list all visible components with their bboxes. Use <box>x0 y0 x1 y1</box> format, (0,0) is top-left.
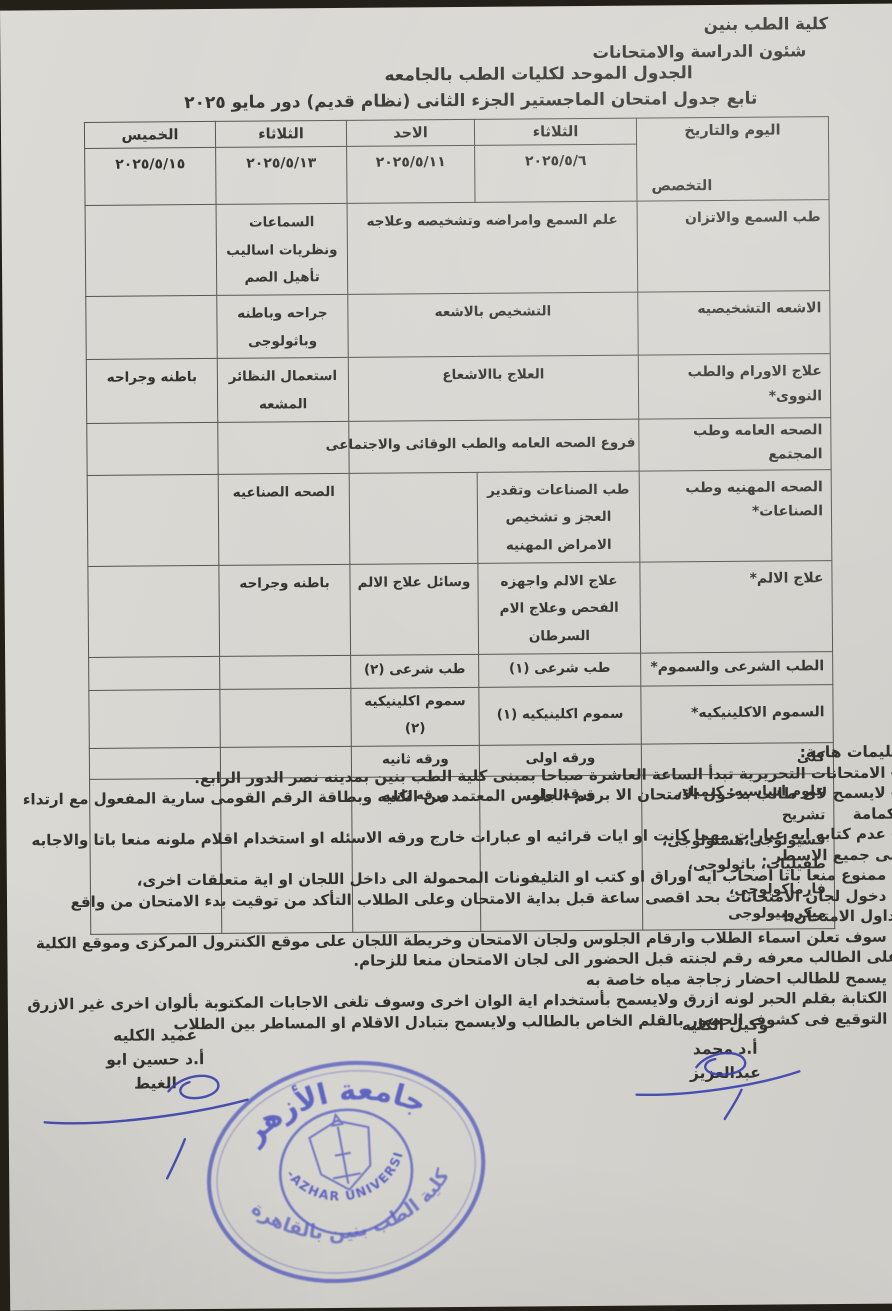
day-header-cell: الخميس <box>70 121 201 148</box>
day-header-row: اليوم والتاريخ التخصص الثلاثاء الاحد الث… <box>70 117 814 149</box>
exam-cell: طب شرعى (٢) <box>337 654 465 688</box>
vice-dean-signature-block: وكيل الكليه أ.د محمد عبدالعزيز <box>656 1013 767 1086</box>
exam-cell: باطنه وجراحه <box>205 564 337 656</box>
corner-label-specialty: التخصص <box>637 178 698 194</box>
exam-cell: علم السمع وامراضه وتشخيصه وعلاجه <box>333 201 624 294</box>
exam-cell: باطنه وجراحه <box>72 359 203 423</box>
table-row: طب السمع والاتزانعلم السمع وامراضه وتشخي… <box>71 200 816 297</box>
exam-cell <box>72 295 203 359</box>
specialty-cell: طب السمع والاتزان <box>623 200 816 293</box>
exam-cell: وسائل علاج الالم <box>336 563 465 655</box>
document-subtitle: تابع جدول امتحان الماجستير الجزء الثانى … <box>0 87 892 114</box>
exam-cell: العلاج باالاشعاع <box>334 355 624 421</box>
svg-text:كلية الطب بنين بالقاهرة: كلية الطب بنين بالقاهرة <box>230 1162 449 1261</box>
dean-signature-slash <box>153 1139 171 1178</box>
exam-cell <box>335 472 464 564</box>
exam-cell: طب الصناعات وتقدير العجز و تشخيص الامراض… <box>463 471 626 563</box>
date-cell: ٢٠٢٥/٥/١٣ <box>202 146 333 204</box>
exam-cell <box>206 688 337 747</box>
exam-cell <box>75 656 206 690</box>
university-stamp: جامعة الأزهر كلية الطب بنين بالقاهرة AL-… <box>184 1055 481 1280</box>
vice-dean-name: أ.د محمد عبدالعزيز <box>656 1037 766 1086</box>
exam-cell <box>73 474 205 566</box>
vice-dean-title: وكيل الكليه <box>656 1013 766 1038</box>
corner-label-day-date: اليوم والتاريخ <box>623 122 814 139</box>
exam-cell <box>71 204 203 296</box>
instructions-section: تعليمات هامة: ١- الامتحانات التحريرية تب… <box>6 742 892 1036</box>
instruction-item: ٣- عدم كتابه ايه عبارات مهما كانت او ايا… <box>6 824 892 872</box>
table-row: علاج الالم*علاج الالم واجهزه الفحص وعلاج… <box>74 560 819 657</box>
specialty-cell: الصحه المهنيه وطب الصناعات* <box>625 469 818 562</box>
exam-cell: جراحه وباطنه وباثولوجى <box>203 294 334 358</box>
exam-cell <box>206 655 337 689</box>
exam-cell <box>74 565 206 657</box>
stamp-arabic-bottom: كلية الطب بنين بالقاهرة <box>230 1162 449 1261</box>
table-row: السموم الاكلينيكيه*سموم اكلينيكيه (١)سمو… <box>75 684 819 748</box>
exam-cell: فروع الصحه العامه والطب الوقائى والاجتما… <box>335 419 625 473</box>
specialty-cell: الصحه العامه وطب المجتمع <box>625 417 817 471</box>
day-header-cell: الثلاثاء <box>460 118 622 145</box>
table-row: الصحه العامه وطب المجتمعفروع الصحه العام… <box>73 417 817 475</box>
document-title: الجدول الموحد لكليات الطب بالجامعه <box>64 61 892 88</box>
exam-cell: السماعات ونظريات اساليب تأهيل الصم <box>202 203 334 295</box>
table-row: الاشعه التشخيصيهالتشخيص بالاشعهجراحه وبا… <box>72 291 816 360</box>
specialty-cell: علاج الالم* <box>626 560 819 653</box>
exam-cell: سموم اكلينيكيه (٢) <box>337 687 465 746</box>
day-header-cell: الثلاثاء <box>201 120 332 147</box>
dean-name: أ.د حسين ابو الغيط <box>82 1047 200 1096</box>
exam-cell <box>73 422 204 475</box>
exam-cell: طب شرعى (١) <box>465 653 627 687</box>
vice-dean-signature-slash <box>711 1090 728 1119</box>
table-row: علاج الاورام والطب النووى*العلاج باالاشع… <box>72 354 816 423</box>
exam-cell: علاج الالم واجهزه الفحص وعلاج الام السرط… <box>464 562 627 654</box>
specialty-cell: السموم الاكلينيكيه* <box>627 684 819 744</box>
dean-title: عميد الكليه <box>82 1023 200 1048</box>
date-cell: ٢٠٢٥/٥/١٥ <box>71 147 202 205</box>
instruction-item: ٥- دخول لجان الامتحانات بحد اقصى ساعة قب… <box>7 885 892 933</box>
exam-cell: التشخيص بالاشعه <box>334 292 624 358</box>
instruction-item: ٢- لايسمح لاى طالب بدخول الامتحان الا بر… <box>6 783 892 831</box>
exam-cell: الصحه الصناعيه <box>204 473 336 565</box>
date-cell: ٢٠٢٥/٥/١١ <box>333 145 461 203</box>
exam-cell: استعمال النظائر المشعه <box>203 358 334 422</box>
letterhead-line1: كلية الطب بنين <box>578 10 814 39</box>
dean-signature-block: عميد الكليه أ.د حسين ابو الغيط <box>82 1023 201 1096</box>
letterhead: كلية الطب بنين شئون الدراسة والامتحانات <box>578 10 814 66</box>
table-row: الصحه المهنيه وطب الصناعات*طب الصناعات و… <box>73 469 818 566</box>
exam-cell <box>75 689 206 748</box>
document-paper: كلية الطب بنين شئون الدراسة والامتحانات … <box>0 3 892 1280</box>
specialty-cell: الطب الشرعى والسموم* <box>627 651 819 686</box>
date-cell: ٢٠٢٥/٥/٦ <box>461 144 623 202</box>
specialty-cell: الاشعه التشخيصيه <box>624 291 816 356</box>
corner-cell: اليوم والتاريخ التخصص <box>622 117 815 202</box>
specialty-cell: علاج الاورام والطب النووى* <box>624 354 816 419</box>
exam-cell: سموم اكلينيكيه (١) <box>465 686 627 746</box>
day-header-cell: الاحد <box>332 119 460 146</box>
instruction-item: ٦- سوف تعلن اسماء الطلاب وارقام الجلوس و… <box>7 926 892 974</box>
